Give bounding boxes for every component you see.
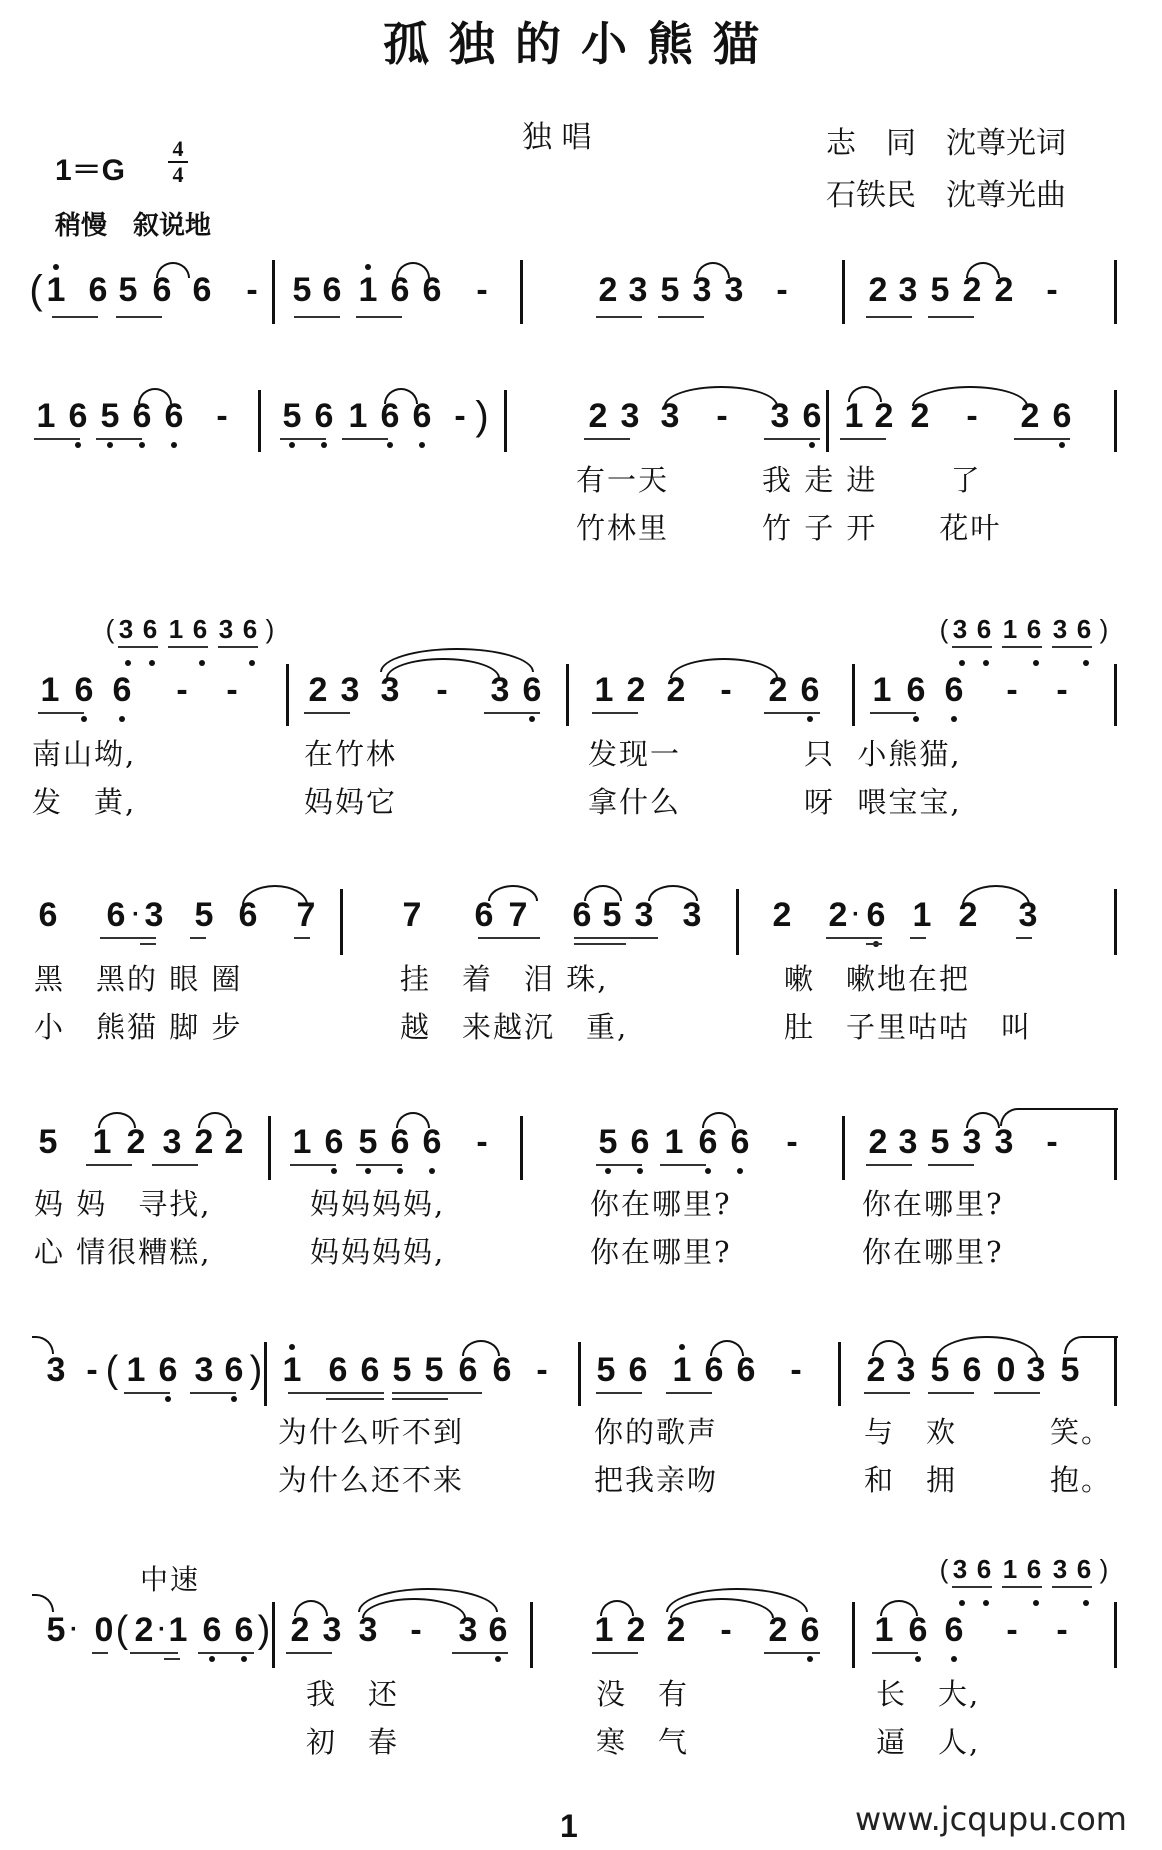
underline — [356, 1164, 402, 1166]
performance-type: 独 唱 — [522, 112, 592, 156]
dash: - — [530, 1350, 554, 1390]
underline — [764, 1652, 820, 1654]
note: 3 — [44, 1350, 68, 1390]
underline — [392, 1398, 448, 1400]
note: 3 — [896, 270, 920, 310]
barline — [520, 260, 523, 324]
tie — [664, 386, 778, 406]
slur — [156, 262, 190, 278]
lyrics-verse-1: 你的歌声 — [594, 1410, 718, 1451]
underline — [452, 1652, 508, 1654]
note: 6 — [326, 1350, 350, 1390]
barline — [578, 1342, 581, 1406]
note: 2 — [624, 1610, 648, 1650]
tempo-marking: 稍慢 叙说地 — [55, 205, 211, 242]
note: 1 — [166, 1610, 190, 1650]
underline — [596, 1164, 642, 1166]
note: 5 — [1058, 1350, 1082, 1390]
note: 5 — [98, 396, 122, 436]
note: 2 — [288, 1610, 312, 1650]
paren-open: ( — [100, 1350, 124, 1390]
slur — [488, 885, 538, 901]
underline — [928, 1164, 974, 1166]
underline — [190, 1392, 236, 1394]
note: 3 — [896, 1122, 920, 1162]
dash: - — [210, 396, 234, 436]
note: 6 — [798, 1610, 822, 1650]
dash: - — [1050, 670, 1074, 710]
dash: - — [220, 670, 244, 710]
dash: - — [170, 670, 194, 710]
barline — [826, 390, 829, 452]
note: 6 — [456, 1350, 480, 1390]
paren-close: ) — [470, 396, 494, 436]
website-watermark[interactable]: www.jcqupu.com — [855, 1800, 1127, 1838]
underline — [952, 1586, 992, 1588]
lyrics-verse-1: 妈妈妈妈, — [310, 1182, 445, 1223]
note: 1 — [346, 396, 370, 436]
underline — [326, 1398, 384, 1400]
underline — [288, 1392, 384, 1394]
lyrics-verse-2: 寒 气 — [596, 1720, 689, 1761]
note: 6 — [472, 895, 496, 935]
note: 6 — [570, 895, 594, 935]
note: 6 — [1074, 614, 1094, 644]
note: 5 — [116, 270, 140, 310]
lyrics-verse-1: 我 还 — [306, 1672, 399, 1713]
tie-to-next-line — [1000, 1108, 1118, 1126]
underline — [290, 1164, 336, 1166]
note: 2 — [866, 270, 890, 310]
note: 7 — [400, 895, 424, 935]
note: 1 — [290, 1122, 314, 1162]
underline — [994, 1392, 1040, 1394]
underline — [286, 1652, 332, 1654]
underline — [392, 1392, 482, 1394]
tie — [912, 386, 1028, 406]
note: 6 — [1074, 1554, 1094, 1584]
dash: - — [240, 270, 264, 310]
lyrics-verse-2: 逼 人, — [876, 1720, 980, 1761]
note: 6 — [322, 1122, 346, 1162]
underline — [190, 937, 206, 939]
lyrics-verse-2: 你在哪里? — [590, 1230, 732, 1271]
lyrics-verse-1: 黑 黑的 眼 圈 — [34, 957, 242, 998]
note: 3 — [1050, 614, 1070, 644]
lyrics-verse-2: 拿什么 — [588, 780, 681, 821]
slur — [584, 885, 622, 901]
underline — [294, 937, 310, 939]
note: 2 — [624, 670, 648, 710]
lyrics-verse-1: 与 欢 笑。 — [864, 1410, 1112, 1451]
barline — [842, 260, 845, 324]
underline — [872, 1652, 918, 1654]
note: 6 — [800, 396, 824, 436]
barline — [264, 1342, 267, 1406]
key-signature: 1＝G — [55, 145, 125, 189]
note: 6 — [86, 270, 110, 310]
barline — [286, 664, 289, 726]
time-signature: 4 4 — [168, 138, 188, 186]
underline — [152, 1164, 198, 1166]
paren-open: ( — [110, 1610, 134, 1650]
tie-to-next-line — [1064, 1336, 1118, 1354]
lyrics-verse-1: 发现一 — [588, 732, 681, 773]
note: 1 — [910, 895, 934, 935]
barline — [1114, 260, 1117, 324]
note: 6 — [36, 895, 60, 935]
lyrics-verse-1: 嗽 嗽地在把 — [784, 957, 970, 998]
underline — [866, 943, 882, 945]
dash: - — [1040, 270, 1064, 310]
lyrics-verse-1: 有一天 我 走 进 了 — [576, 458, 982, 499]
note: 6 — [520, 670, 544, 710]
row-4-notes: 6 6 · 3 5 6 7 7 6 7 6 5 3 3 2 2 · 6 1 2 … — [0, 895, 1162, 955]
lyrics-verse-2: 越 来越沉 重, — [400, 1005, 628, 1046]
note: 1 — [90, 1122, 114, 1162]
underline — [764, 438, 820, 440]
barline — [1114, 390, 1117, 452]
underline — [124, 1392, 170, 1394]
slur — [966, 262, 1000, 278]
underline — [596, 316, 642, 318]
note: 6 — [728, 1122, 752, 1162]
note: 6 — [388, 1122, 412, 1162]
note: 6 — [486, 1610, 510, 1650]
note: 6 — [702, 1350, 726, 1390]
note: 6 — [906, 1610, 930, 1650]
note: 6 — [320, 270, 344, 310]
underline — [100, 937, 156, 939]
barline — [842, 1116, 845, 1180]
barline — [258, 390, 261, 452]
barline — [520, 1116, 523, 1180]
underline — [764, 712, 820, 714]
note: 6 — [628, 1122, 652, 1162]
note: 2 — [596, 270, 620, 310]
note: 1 — [44, 270, 68, 310]
note: 3 — [960, 1122, 984, 1162]
underline — [866, 316, 912, 318]
note: 6 — [66, 396, 90, 436]
note: 2 — [586, 396, 610, 436]
lyrics-verse-2: 竹林里 竹 子 开 花叶 — [576, 506, 1001, 547]
note: 1 — [34, 396, 58, 436]
dash: - — [1000, 1610, 1024, 1650]
note: 3 — [142, 895, 166, 935]
barline — [852, 1602, 855, 1668]
dash: - — [770, 270, 794, 310]
slur — [648, 885, 698, 901]
underline — [1016, 937, 1032, 939]
underline — [1052, 646, 1092, 648]
underline — [198, 1652, 254, 1654]
note: 5 — [658, 270, 682, 310]
note: 5 — [928, 270, 952, 310]
lyrics-verse-2: 呀 喂宝宝, — [804, 780, 962, 821]
barline — [1114, 1336, 1117, 1406]
note: 3 — [626, 270, 650, 310]
barline — [1114, 664, 1117, 726]
lyrics-verse-1: 为什么听不到 — [278, 1410, 464, 1451]
dash: - — [780, 1122, 804, 1162]
barline — [530, 1602, 533, 1668]
note: 3 — [338, 670, 362, 710]
row-1-notes: ( 1 6 5 6 6 - 5 6 1 6 6 - 2 3 5 3 3 - 2 … — [0, 270, 1162, 330]
lyrics-verse-2: 为什么还不来 — [278, 1458, 464, 1499]
slur — [962, 885, 1030, 905]
note: 2 — [872, 396, 896, 436]
lyrics-verse-1: 在竹林 — [304, 732, 397, 773]
lyrics-verse-2: 发 黄, — [32, 780, 136, 821]
note: 6 — [904, 670, 928, 710]
note: 1 — [1000, 1554, 1020, 1584]
note: 2 — [192, 1122, 216, 1162]
note: 3 — [894, 1350, 918, 1390]
note: 1 — [662, 1122, 686, 1162]
underline — [574, 943, 626, 945]
underline — [870, 712, 916, 714]
note: 2 — [222, 1122, 246, 1162]
barline — [340, 889, 343, 955]
paren-close: ) — [1094, 1554, 1114, 1584]
dash: - — [1000, 670, 1024, 710]
slur — [966, 1112, 1000, 1128]
note: 7 — [506, 895, 530, 935]
note: 3 — [160, 1122, 184, 1162]
lyrics-verse-2: 妈妈它 — [304, 780, 397, 821]
note: 6 — [974, 614, 994, 644]
underline — [952, 646, 992, 648]
note: 1 — [356, 270, 380, 310]
lyrics-verse-1: 你在哪里? — [862, 1182, 1004, 1223]
underline — [92, 1652, 108, 1654]
slur — [710, 1340, 744, 1356]
note: 3 — [950, 1554, 970, 1584]
underline — [294, 316, 340, 318]
underline — [140, 943, 156, 945]
dash: - — [448, 396, 472, 436]
composers-credit: 石铁民 沈尊光曲 — [826, 170, 1066, 214]
underline — [658, 316, 704, 318]
note: 6 — [1050, 396, 1074, 436]
row-7-notes: 5 · 0 ( 2 · 1 6 6 ) 2 3 3 - 3 6 1 2 2 - … — [0, 1610, 1162, 1670]
row-6-notes: 3 - ( 1 6 3 6 ) 1 6 6 5 5 6 6 - 5 6 1 6 … — [0, 1350, 1162, 1410]
barline — [1114, 1108, 1117, 1180]
dash: - — [470, 1122, 494, 1162]
underline — [666, 1392, 712, 1394]
note: 5 — [594, 1350, 618, 1390]
note: 6 — [156, 1350, 180, 1390]
slur — [696, 262, 730, 278]
row-5-notes: 5 1 2 3 2 2 1 6 5 6 6 - 5 6 1 6 6 - 2 3 … — [0, 1122, 1162, 1182]
lyrics-verse-1: 你在哪里? — [590, 1182, 732, 1223]
underline — [928, 1392, 974, 1394]
barline — [272, 1602, 275, 1668]
note: 6 — [222, 1350, 246, 1390]
note: 3 — [1050, 1554, 1070, 1584]
note: 6 — [626, 1350, 650, 1390]
row-3-notes: 1 6 6 - - 2 3 3 - 3 6 1 2 2 - 2 6 1 6 6 … — [0, 670, 1162, 730]
underline — [130, 1652, 178, 1654]
paren-close: ) — [1094, 614, 1114, 644]
barline — [504, 390, 507, 452]
slur — [396, 262, 430, 278]
lyrics-verse-1: 长 大, — [876, 1672, 980, 1713]
note: 5 — [36, 1122, 60, 1162]
note: 5 — [356, 1122, 380, 1162]
note: 6 — [798, 670, 822, 710]
underline — [86, 1164, 132, 1166]
note: 6 — [974, 1554, 994, 1584]
lyrics-verse-1: 妈 妈 寻找, — [34, 1182, 211, 1223]
paren-open: ( — [28, 270, 44, 310]
lyrics-verse-2: 妈妈妈妈, — [310, 1230, 445, 1271]
note: 3 — [680, 895, 704, 935]
underline — [484, 712, 540, 714]
lyrics-verse-2: 你在哪里? — [862, 1230, 1004, 1271]
slur — [98, 1112, 136, 1128]
lyricists-credit: 志 同 沈尊光词 — [826, 118, 1066, 162]
slur — [936, 1336, 1038, 1358]
underline — [304, 712, 350, 714]
underline — [52, 316, 98, 318]
note: 1 — [592, 670, 616, 710]
note: 6 — [1024, 1554, 1044, 1584]
underline — [1002, 1586, 1042, 1588]
slur — [396, 1112, 430, 1128]
note: 2 — [864, 1350, 888, 1390]
barline — [1114, 889, 1117, 955]
note: 1 — [670, 1350, 694, 1390]
lyrics-verse-2: 初 春 — [306, 1720, 399, 1761]
note: 6 — [490, 1350, 514, 1390]
note: 5 — [928, 1122, 952, 1162]
underline — [342, 438, 388, 440]
lyrics-verse-2: 肚 子里咕咕 叫 — [784, 1005, 1032, 1046]
note: 1 — [872, 1610, 896, 1650]
note: 2 — [124, 1122, 148, 1162]
underline — [116, 316, 162, 318]
underline — [864, 1392, 910, 1394]
underline — [840, 438, 886, 440]
underline — [96, 438, 142, 440]
lyrics-verse-1: 南山坳, — [32, 732, 136, 773]
underline — [928, 316, 974, 318]
note: 5 — [280, 396, 304, 436]
note: 6 — [420, 1122, 444, 1162]
barline — [268, 1116, 271, 1180]
underline — [356, 316, 402, 318]
note: 3 — [992, 1122, 1016, 1162]
note: 1 — [592, 1610, 616, 1650]
fill-3: ( 3 6 1 6 3 6 ) — [0, 1554, 1162, 1614]
note: 2 — [306, 670, 330, 710]
note: 3 — [192, 1350, 216, 1390]
slur — [848, 386, 882, 402]
note: 6 — [312, 396, 336, 436]
note: 3 — [950, 614, 970, 644]
slur — [462, 1340, 500, 1356]
barline — [736, 889, 739, 955]
slur — [702, 1112, 736, 1128]
time-sig-top: 4 — [168, 138, 188, 160]
note: 3 — [320, 1610, 344, 1650]
underline — [1052, 1586, 1092, 1588]
note: 6 — [1024, 614, 1044, 644]
dash: - — [470, 270, 494, 310]
note: 6 — [696, 1122, 720, 1162]
lyrics-verse-1: 只 小熊猫, — [804, 732, 962, 773]
underline — [584, 438, 630, 440]
underline — [910, 937, 926, 939]
note: 5 — [192, 895, 216, 935]
note: 6 — [200, 1610, 224, 1650]
underline — [34, 438, 80, 440]
dot: · — [62, 1610, 86, 1650]
barline — [852, 664, 855, 726]
underline — [164, 1658, 180, 1660]
note: 5 — [600, 895, 624, 935]
lyrics-verse-1: 挂 着 泪 珠, — [400, 957, 608, 998]
note: 6 — [72, 670, 96, 710]
note: 1 — [1000, 614, 1020, 644]
barline — [1114, 1602, 1117, 1668]
dash: - — [784, 1350, 808, 1390]
note: 1 — [842, 396, 866, 436]
dash: - — [1040, 1122, 1064, 1162]
lyrics-verse-2: 和 拥 抱。 — [864, 1458, 1112, 1499]
fill-2: ( 3 6 1 6 3 6 ) — [0, 614, 1162, 674]
note: 3 — [618, 396, 642, 436]
slur — [242, 885, 308, 905]
note: 5 — [390, 1350, 414, 1390]
note: 5 — [422, 1350, 446, 1390]
song-title: 孤独的小熊猫 — [0, 8, 1162, 74]
slur — [872, 1340, 906, 1356]
note: 2 — [770, 895, 794, 935]
note: 5 — [596, 1122, 620, 1162]
underline — [596, 1392, 642, 1394]
row-2-notes: 1 6 5 6 6 - 5 6 1 6 6 - ) 2 3 3 - 3 6 1 … — [0, 396, 1162, 456]
note: 6 — [734, 1350, 758, 1390]
note: 6 — [942, 1610, 966, 1650]
underline — [1002, 646, 1042, 648]
note: 1 — [280, 1350, 304, 1390]
note: 6 — [110, 670, 134, 710]
underline — [574, 937, 658, 939]
slur — [138, 388, 172, 404]
underline — [826, 937, 882, 939]
note: 6 — [358, 1350, 382, 1390]
lyrics-verse-2: 心 情很糟糕, — [34, 1230, 211, 1271]
underline — [38, 712, 84, 714]
note: 1 — [124, 1350, 148, 1390]
underline — [660, 1164, 706, 1166]
underline — [280, 438, 326, 440]
note: 5 — [290, 270, 314, 310]
note: 3 — [632, 895, 656, 935]
dash: - — [1050, 1610, 1074, 1650]
time-sig-bottom: 4 — [168, 164, 188, 186]
slur — [384, 388, 418, 404]
barline — [838, 1342, 841, 1406]
note: 2 — [866, 1122, 890, 1162]
underline — [866, 1164, 912, 1166]
note: 6 — [942, 670, 966, 710]
underline — [592, 712, 638, 714]
barline — [566, 664, 569, 726]
